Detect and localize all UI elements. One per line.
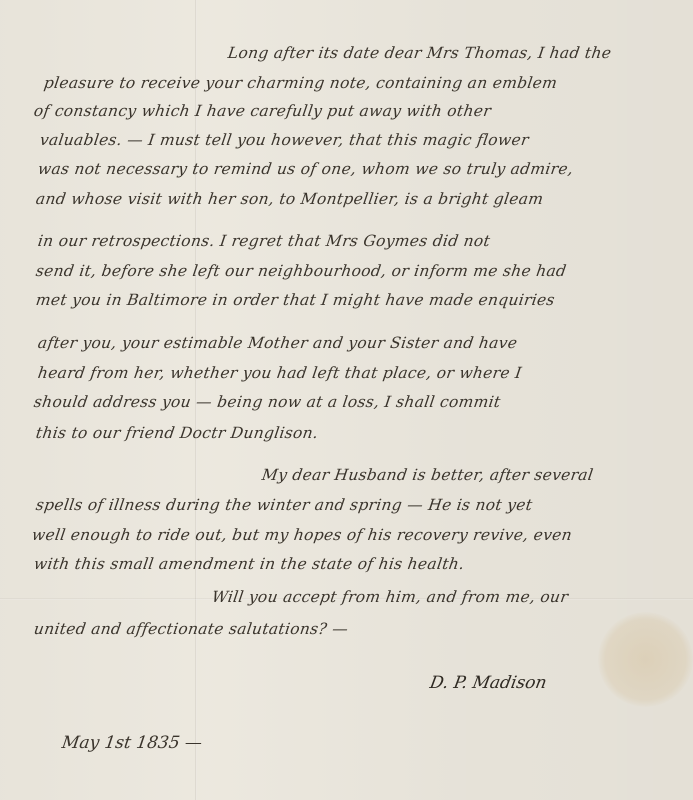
letter-line: in our retrospections. I regret that Mrs…	[37, 232, 492, 250]
letter-line: united and affectionate salutations? —	[33, 620, 350, 638]
letter-line: heard from her, whether you had left tha…	[37, 364, 523, 382]
letter-line: Will you accept from him, and from me, o…	[211, 588, 570, 606]
signature: D. P. Madison	[428, 673, 548, 693]
letter-line: Long after its date dear Mrs Thomas, I h…	[227, 44, 613, 62]
letter-page: Long after its date dear Mrs Thomas, I h…	[0, 0, 693, 800]
letter-line: after you, your estimable Mother and you…	[37, 334, 519, 352]
letter-line: with this small amendment in the state o…	[33, 555, 466, 573]
letter-line: well enough to ride out, but my hopes of…	[31, 526, 574, 544]
letter-line: spells of illness during the winter and …	[35, 496, 534, 514]
letter-line: My dear Husband is better, after several	[261, 466, 595, 484]
letter-line: was not necessary to remind us of one, w…	[37, 160, 575, 178]
letter-line: send it, before she left our neighbourho…	[35, 262, 568, 280]
letter-date: May 1st 1835 —	[61, 733, 204, 753]
letter-line: should address you — being now at a loss…	[33, 393, 502, 411]
letter-line: pleasure to receive your charming note, …	[43, 74, 559, 92]
paper-stain	[598, 612, 693, 707]
letter-line: and whose visit with her son, to Montpel…	[35, 190, 545, 208]
letter-line: met you in Baltimore in order that I mig…	[35, 291, 556, 309]
letter-line: this to our friend Doctr Dunglison.	[35, 424, 320, 442]
letter-line: valuables. — I must tell you however, th…	[39, 131, 530, 149]
letter-line: of constancy which I have carefully put …	[33, 102, 493, 120]
